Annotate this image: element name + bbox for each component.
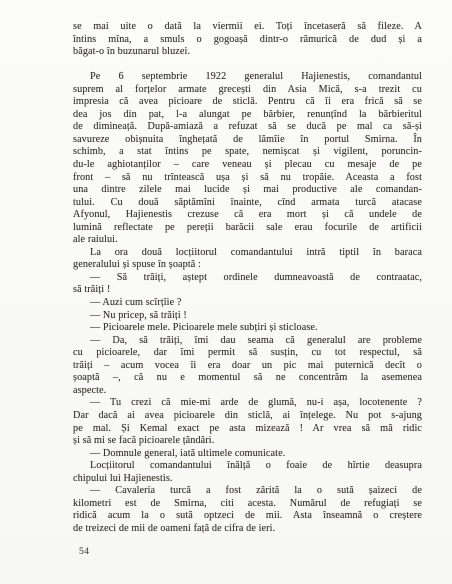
text-line: front – să nu trîntească ușa și să nu tr… (73, 172, 422, 185)
text-line: chipului lui Hajienestis. (73, 473, 422, 486)
text-line: trăiți – acum vocea îi era doar un pic m… (73, 360, 422, 373)
text-line: — Domnule general, iată ultimele comunic… (73, 448, 422, 461)
text-line: — Picioarele mele. Picioarele mele subți… (73, 322, 422, 335)
paragraph: — Nu pricep, să trăiți ! (73, 310, 422, 323)
text-line: dea jos din pat, l-a alungat pe bărbier,… (73, 109, 422, 122)
text-line: kilometri est de Smirna, citi acesta. Nu… (73, 498, 422, 511)
paragraph: se mai uite o dată la viermii ei. Toți î… (73, 21, 422, 59)
text-line: generalului și spuse în șoaptă : (73, 259, 422, 272)
text-line: Locțiitorul comandantului înălță o foaie… (73, 460, 422, 473)
paragraph: — Să trăiți, aștept ordinele dumneavoast… (73, 272, 422, 297)
text-line: să trăiți ! (73, 284, 422, 297)
paragraph: — Da, să trăiți, îmi dau seama că genera… (73, 335, 422, 398)
text-line: Afyonul, Hajienestis crezuse că era mort… (73, 209, 422, 222)
text-line: întins mîna, a smuls o gogoașă dintr-o r… (73, 34, 422, 47)
text-line: băgat-o în buzunarul bluzei. (73, 46, 422, 59)
text-line: — Auzi cum scîrțîie ? (73, 297, 422, 310)
text-line: ridică acum la o sută optzeci de mii. As… (73, 510, 422, 523)
text-line: de dimineață. După-amiază a refuzat să s… (73, 121, 422, 134)
text-line: se mai uite o dată la viermii ei. Toți î… (73, 21, 422, 34)
text-line: una dintre zilele mai lucide și mai prod… (73, 184, 422, 197)
paragraph: Pe 6 septembrie 1922 generalul Hajienest… (73, 71, 422, 247)
text-line: Dar dacă ai avea picioarele din sticlă, … (73, 410, 422, 423)
paragraph: — Auzi cum scîrțîie ? (73, 297, 422, 310)
text-line: ale raiului. (73, 234, 422, 247)
paragraph: — Domnule general, iată ultimele comunic… (73, 448, 422, 461)
text-line: — Să trăiți, aștept ordinele dumneavoast… (73, 272, 422, 285)
text-line: savureze obișnuita înghețată de lămîie î… (73, 134, 422, 147)
text-line: impresia că avea picioare de sticlă. Pen… (73, 96, 422, 109)
paragraph: — Picioarele mele. Picioarele mele subți… (73, 322, 422, 335)
paragraph: La ora două locțiitorul comandantului in… (73, 247, 422, 272)
paragraph: Locțiitorul comandantului înălță o foaie… (73, 460, 422, 485)
text-line: La ora două locțiitorul comandantului in… (73, 247, 422, 260)
text-line: Pe 6 septembrie 1922 generalul Hajienest… (73, 71, 422, 84)
text-line: și să mi se facă picioarele țăndări. (73, 435, 422, 448)
text-line: — Tu crezi că mie-mi arde de glumă, nu-i… (73, 397, 422, 410)
text-line: schimb, a stat întins pe spate, nemișcat… (73, 146, 422, 159)
text-line: pe mal. Și Kemal exact pe asta mizează !… (73, 423, 422, 436)
text-line: cu picioarele, dar îmi permit să susțin,… (73, 347, 422, 360)
text-line: du-le aghiotanților – care veneau și ple… (73, 159, 422, 172)
text-line: aspecte. (73, 385, 422, 398)
text-line: — Nu pricep, să trăiți ! (73, 310, 422, 323)
text-line: lumină reflectate pe pereții barăcii sal… (73, 222, 422, 235)
paragraph: — Cavaleria turcă a fost zărită la o sut… (73, 485, 422, 535)
text-line: — Cavaleria turcă a fost zărită la o sut… (73, 485, 422, 498)
text-line: — Da, să trăiți, îmi dau seama că genera… (73, 335, 422, 348)
book-page: se mai uite o dată la viermii ei. Toți î… (0, 0, 452, 584)
page-text: se mai uite o dată la viermii ei. Toți î… (73, 21, 422, 535)
page-number: 54 (79, 547, 90, 557)
text-line: suprem al forțelor armate grecești din A… (73, 84, 422, 97)
text-line: tului. Cu două săptămîni înainte, cînd a… (73, 197, 422, 210)
text-line: șoaptă –, că nu e momentul să ne concent… (73, 372, 422, 385)
paragraph: — Tu crezi că mie-mi arde de glumă, nu-i… (73, 397, 422, 447)
text-line: de treizeci de mii de oameni față de cif… (73, 523, 422, 536)
